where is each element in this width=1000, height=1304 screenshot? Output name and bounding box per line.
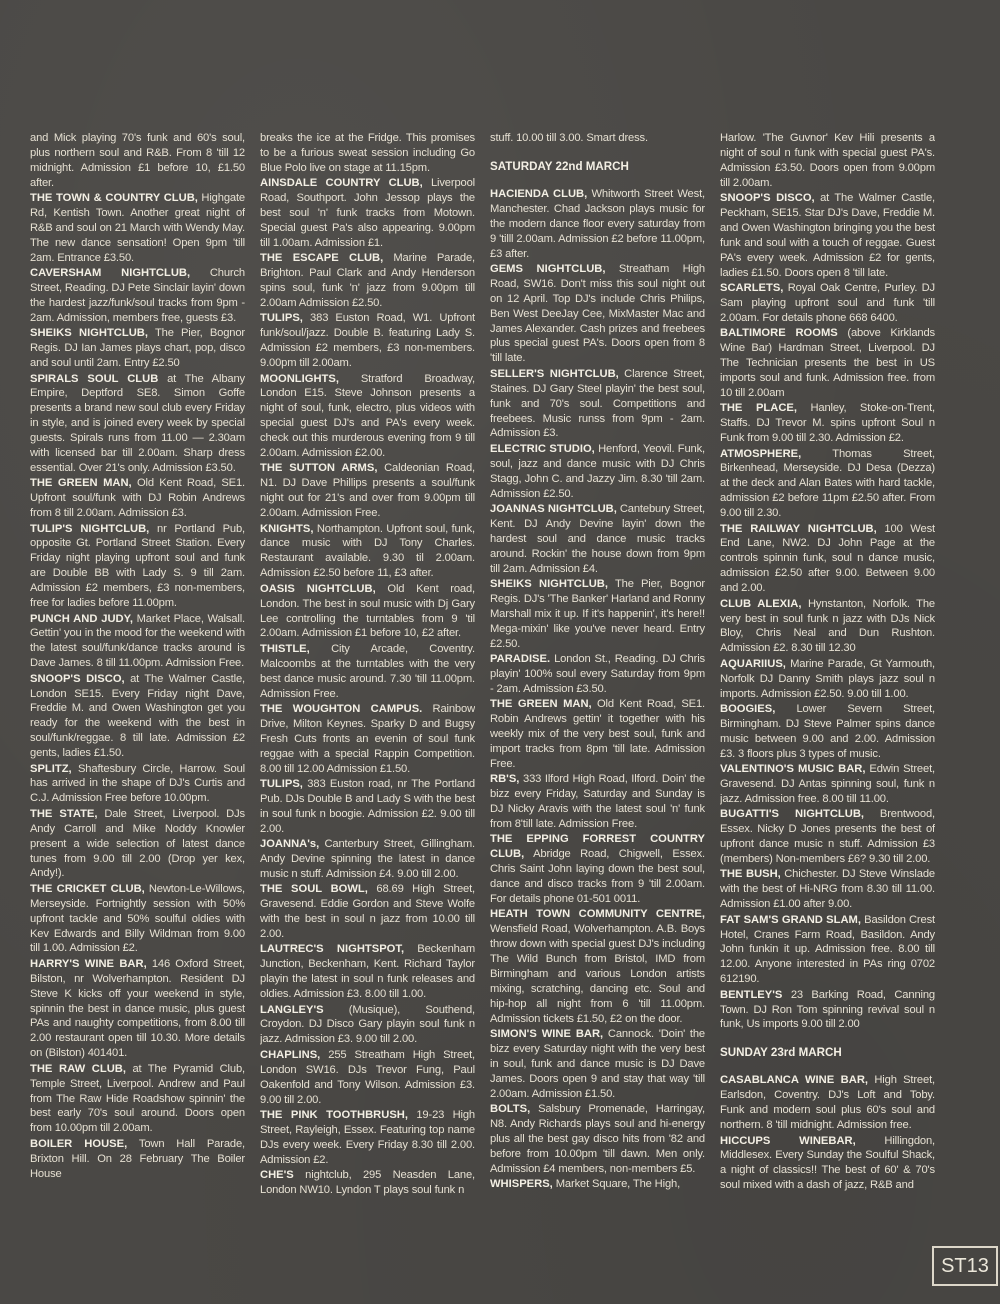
venue-name: HARRY'S WINE BAR, [30,958,147,970]
listing-entry: TULIPS, 383 Euston Road, W1. Upfront fun… [260,311,475,371]
venue-name: BALTIMORE ROOMS [720,327,838,339]
venue-name: AINSDALE COUNTRY CLUB, [260,177,423,189]
page-number-badge: ST13 [932,1246,998,1286]
listing-details: at The Albany Empire, Deptford SE8. Simo… [30,373,245,474]
listing-details: Harlow. 'The Guvnor' Kev Hili presents a… [720,132,935,189]
listing-entry: KNIGHTS, Northampton. Upfront soul, funk… [260,522,475,582]
day-heading: SATURDAY 22nd MARCH [490,160,705,173]
listing-entry: OASIS NIGHTCLUB, Old Kent road, London. … [260,582,475,642]
listing-entry: CAVERSHAM NIGHTCLUB, Church Street, Read… [30,266,245,326]
venue-name: TULIPS, [260,312,303,324]
listing-entry: LANGLEY'S (Musique), Southend, Croydon. … [260,1003,475,1048]
venue-name: THE BUSH, [720,868,781,880]
listing-details: breaks the ice at the Fridge. This promi… [260,132,475,174]
listing-entry: TULIPS, 383 Euston road, nr The Portland… [260,777,475,837]
venue-name: WHISPERS, [490,1178,553,1190]
listing-entry: AINSDALE COUNTRY CLUB, Liverpool Road, S… [260,176,475,251]
venue-name: ELECTRIC STUDIO, [490,443,595,455]
venue-name: SIMON'S WINE BAR, [490,1028,603,1040]
venue-name: THE WOUGHTON CAMPUS. [260,703,422,715]
venue-name: THE RAW CLUB, [30,1063,126,1075]
listing-details: 333 Ilford High Road, Ilford. Doin' the … [490,773,705,830]
venue-name: THE GREEN MAN, [30,477,132,489]
listing-details: Streatham High Road, SW16. Don't miss th… [490,263,705,364]
listing-entry: MOONLIGHTS, Stratford Broadway, London E… [260,372,475,461]
listing-entry: VALENTINO'S MUSIC BAR, Edwin Street, Gra… [720,762,935,807]
venue-name: LANGLEY'S [260,1004,324,1016]
listing-entry: SNOOP'S DISCO, at The Walmer Castle, Lon… [30,672,245,761]
listing-details: nr Portland Pub, opposite Gt. Portland S… [30,523,245,610]
listing-entry: WHISPERS, Market Square, The High, [490,1177,705,1192]
listing-details: and Mick playing 70's funk and 60's soul… [30,132,245,189]
listing-entry: PUNCH AND JUDY, Market Place, Walsall. G… [30,612,245,672]
venue-name: RB'S, [490,773,519,785]
listing-entry: LAUTREC'S NIGHTSPOT, Beckenham Junction,… [260,942,475,1002]
venue-name: SPIRALS SOUL CLUB [30,373,158,385]
venue-name: SCARLETS, [720,282,783,294]
listing-details: Stratford Broadway, London E15. Steve Jo… [260,373,475,460]
listing-entry: THE EPPING FORREST COUNTRY CLUB, Abridge… [490,832,705,907]
listing-entry: JOANNAS NIGHTCLUB, Cantebury Street, Ken… [490,502,705,577]
venue-name: BOLTS, [490,1103,530,1115]
venue-name: BOILER HOUSE, [30,1138,127,1150]
venue-name: CHAPLINS, [260,1049,320,1061]
venue-name: HICCUPS WINEBAR, [720,1135,856,1147]
listing-entry: THE WOUGHTON CAMPUS. Rainbow Drive, Milt… [260,702,475,777]
venue-name: THISTLE, [260,643,310,655]
listing-entry: breaks the ice at the Fridge. This promi… [260,131,475,176]
day-heading: SUNDAY 23rd MARCH [720,1046,935,1059]
venue-name: THE SUTTON ARMS, [260,462,377,474]
listing-entry: and Mick playing 70's funk and 60's soul… [30,131,245,191]
venue-name: CAVERSHAM NIGHTCLUB, [30,267,190,279]
listing-entry: HICCUPS WINEBAR, Hillingdon, Middlesex. … [720,1134,935,1194]
column-4: Harlow. 'The Guvnor' Kev Hili presents a… [720,131,935,1241]
listing-entry: THE PLACE, Hanley, Stoke-on-Trent, Staff… [720,401,935,446]
venue-name: TULIP'S NIGHTCLUB, [30,523,149,535]
listing-entry: stuff. 10.00 till 3.00. Smart dress. [490,131,705,146]
listing-entry: THE SUTTON ARMS, Caldeonian Road, N1. DJ… [260,461,475,521]
venue-name: JOANNAS NIGHTCLUB, [490,503,617,515]
listing-entry: BUGATTI'S NIGHTCLUB, Brentwood, Essex. N… [720,807,935,867]
listing-details: at The Walmer Castle, Peckham, SE15. Sta… [720,192,935,279]
listing-entry: HACIENDA CLUB, Whitworth Street West, Ma… [490,187,705,262]
listing-entry: PARADISE. London St., Reading. DJ Chris … [490,652,705,697]
venue-name: BUGATTI'S NIGHTCLUB, [720,808,864,820]
venue-name: THE PLACE, [720,402,797,414]
listing-entry: THE TOWN & COUNTRY CLUB, Highgate Rd, Ke… [30,191,245,266]
listing-entry: THISTLE, City Arcade, Coventry. Malcoomb… [260,642,475,702]
venue-name: BENTLEY'S [720,989,782,1001]
listing-entry: CLUB ALEXIA, Hynstanton, Norfolk. The ve… [720,597,935,657]
listing-entry: BOOGIES, Lower Severn Street, Birmingham… [720,702,935,762]
listing-entry: THE PINK TOOTHBRUSH, 19-23 High Street, … [260,1108,475,1168]
listing-entry: SIMON'S WINE BAR, Cannock. 'Doin' the bi… [490,1027,705,1102]
venue-name: SHEIKS NIGHTCLUB, [30,327,148,339]
listing-entry: CASABLANCA WINE BAR, High Street, Earlsd… [720,1073,935,1133]
listing-details: stuff. 10.00 till 3.00. Smart dress. [490,132,648,144]
column-1: and Mick playing 70's funk and 60's soul… [30,131,245,1241]
venue-name: PARADISE. [490,653,550,665]
venue-name: GEMS NIGHTCLUB, [490,263,606,275]
venue-name: LAUTREC'S NIGHTSPOT, [260,943,404,955]
listing-entry: FAT SAM'S GRAND SLAM, Basildon Crest Hot… [720,913,935,988]
listing-entry: BENTLEY'S 23 Barking Road, Canning Town.… [720,988,935,1033]
club-listings: and Mick playing 70's funk and 60's soul… [30,131,946,1241]
listing-entry: THE GREEN MAN, Old Kent Road, SE1. Robin… [490,697,705,772]
listing-entry: THE ESCAPE CLUB, Marine Parade, Brighton… [260,251,475,311]
column-2: breaks the ice at the Fridge. This promi… [260,131,475,1241]
venue-name: KNIGHTS, [260,523,313,535]
listing-entry: THE CRICKET CLUB, Newton-Le-Willows, Mer… [30,882,245,957]
magazine-page: and Mick playing 70's funk and 60's soul… [0,0,1000,1304]
venue-name: CASABLANCA WINE BAR, [720,1074,868,1086]
venue-name: THE SOUL BOWL, [260,883,368,895]
venue-name: SNOOP'S DISCO, [720,192,815,204]
listing-entry: Harlow. 'The Guvnor' Kev Hili presents a… [720,131,935,191]
listing-entry: THE BUSH, Chichester. DJ Steve Winslade … [720,867,935,912]
venue-name: SPLITZ, [30,763,72,775]
venue-name: PUNCH AND JUDY, [30,613,133,625]
venue-name: SNOOP'S DISCO, [30,673,125,685]
listing-entry: HARRY'S WINE BAR, 146 Oxford Street, Bil… [30,957,245,1061]
listing-details: 146 Oxford Street, Bilston, nr Wolverham… [30,958,245,1059]
listing-entry: SHEIKS NIGHTCLUB, The Pier, Bognor Regis… [30,326,245,371]
listing-entry: THE SOUL BOWL, 68.69 High Street, Graves… [260,882,475,942]
venue-name: TULIPS, [260,778,303,790]
listing-entry: AQUARIIUS, Marine Parade, Gt Yarmouth, N… [720,657,935,702]
listing-entry: RB'S, 333 Ilford High Road, Ilford. Doin… [490,772,705,832]
listing-entry: SPLITZ, Shaftesbury Circle, Harrow. Soul… [30,762,245,807]
listing-entry: SPIRALS SOUL CLUB at The Albany Empire, … [30,372,245,476]
venue-name: THE ESCAPE CLUB, [260,252,383,264]
listing-entry: SHEIKS NIGHTCLUB, The Pier, Bognor Regis… [490,577,705,652]
venue-name: VALENTINO'S MUSIC BAR, [720,763,866,775]
venue-name: HACIENDA CLUB, [490,188,587,200]
venue-name: MOONLIGHTS, [260,373,339,385]
listing-entry: SNOOP'S DISCO, at The Walmer Castle, Pec… [720,191,935,280]
venue-name: CLUB ALEXIA, [720,598,801,610]
listing-details: Wensfield Road, Wolverhampton. A.B. Boys… [490,923,705,1024]
venue-name: AQUARIIUS, [720,658,786,670]
listing-entry: ELECTRIC STUDIO, Henford, Yeovil. Funk, … [490,442,705,502]
listing-entry: THE RAILWAY NIGHTCLUB, 100 West End Lane… [720,522,935,597]
listing-entry: CHE'S nightclub, 295 Neasden Lane, Londo… [260,1168,475,1198]
venue-name: JOANNA's, [260,838,319,850]
listing-details: at The Walmer Castle, London SE15. Every… [30,673,245,760]
venue-name: THE CRICKET CLUB, [30,883,145,895]
venue-name: OASIS NIGHTCLUB, [260,583,376,595]
listing-entry: BALTIMORE ROOMS (above Kirklands Wine Ba… [720,326,935,401]
listing-entry: THE GREEN MAN, Old Kent Road, SE1. Upfro… [30,476,245,521]
listing-entry: BOLTS, Salsbury Promenade, Harringay, N8… [490,1102,705,1177]
listing-details: Market Square, The High, [553,1178,680,1190]
listing-entry: SELLER'S NIGHTCLUB, Clarence Street, Sta… [490,367,705,442]
listing-entry: ATMOSPHERE, Thomas Street, Birkenhead, M… [720,447,935,522]
listing-entry: THE STATE, Dale Street, Liverpool. DJs A… [30,807,245,882]
venue-name: BOOGIES, [720,703,775,715]
listing-entry: SCARLETS, Royal Oak Centre, Purley. DJ S… [720,281,935,326]
venue-name: CHE'S [260,1169,294,1181]
venue-name: THE PINK TOOTHBRUSH, [260,1109,408,1121]
venue-name: THE STATE, [30,808,97,820]
venue-name: SELLER'S NIGHTCLUB, [490,368,619,380]
listing-entry: BOILER HOUSE, Town Hall Parade, Brixton … [30,1137,245,1182]
venue-name: HEATH TOWN COMMUNITY CENTRE, [490,908,705,920]
listing-entry: TULIP'S NIGHTCLUB, nr Portland Pub, oppo… [30,522,245,611]
listing-entry: THE RAW CLUB, at The Pyramid Club, Templ… [30,1062,245,1137]
venue-name: THE GREEN MAN, [490,698,592,710]
column-3: stuff. 10.00 till 3.00. Smart dress.SATU… [490,131,705,1241]
venue-name: ATMOSPHERE, [720,448,801,460]
venue-name: FAT SAM'S GRAND SLAM, [720,914,861,926]
venue-name: THE RAILWAY NIGHTCLUB, [720,523,877,535]
listing-entry: CHAPLINS, 255 Streatham High Street, Lon… [260,1048,475,1108]
listing-entry: GEMS NIGHTCLUB, Streatham High Road, SW1… [490,262,705,366]
venue-name: THE TOWN & COUNTRY CLUB, [30,192,198,204]
listing-entry: JOANNA's, Canterbury Street, Gillingham.… [260,837,475,882]
venue-name: SHEIKS NIGHTCLUB, [490,578,608,590]
listing-entry: HEATH TOWN COMMUNITY CENTRE, Wensfield R… [490,907,705,1026]
